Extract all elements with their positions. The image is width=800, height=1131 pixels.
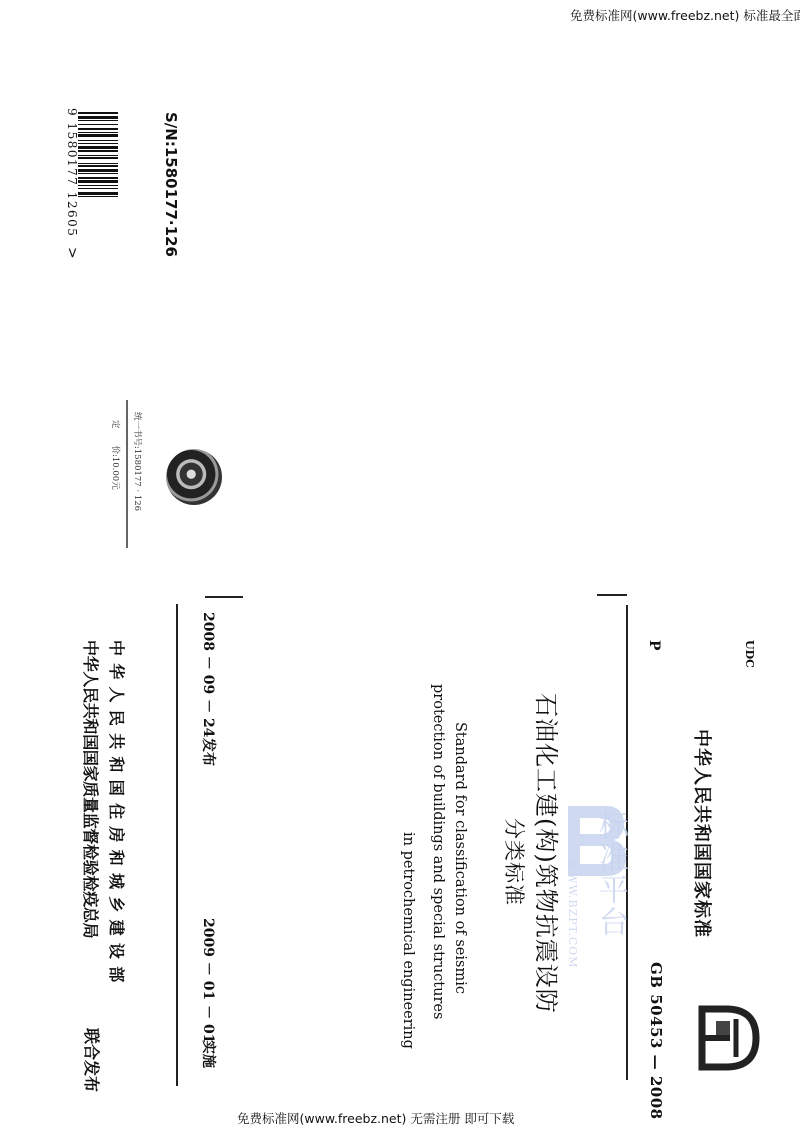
barcode-digits: 9 1580177 12605 xyxy=(65,108,79,237)
bottom-banner: 免费标准网(www.freebz.net) 无需注册 即可下载 xyxy=(237,1109,514,1127)
watermark-url: WWW.BZPT.COM xyxy=(566,860,579,969)
barcode-arrow: > xyxy=(64,247,80,259)
title-cn-line1: 石油化工建(构)筑物抗震设防 xyxy=(531,693,566,1014)
title-cn-line2: 分类标准 xyxy=(500,818,530,906)
title-en-line1: Standard for classification of seismic xyxy=(452,722,468,994)
bracket-left xyxy=(205,596,243,598)
barcode-sn: S/N:1580177·126 xyxy=(162,112,180,257)
effective-date: 2009 － 01 － 01 xyxy=(199,918,219,1043)
watermark-text: 标准平台 xyxy=(588,810,632,938)
price-divider xyxy=(126,400,128,548)
price-label: 定 价:10.00元 xyxy=(110,420,122,490)
issue-date: 2008 － 09 － 24 xyxy=(199,612,219,737)
unified-book-number: 统一书号:1580177 · 126 xyxy=(132,412,144,511)
title-en-line2: protection of buildings and special stru… xyxy=(430,684,446,1019)
standard-type: 中华人民共和国国家标准 xyxy=(690,729,716,938)
bracket-right xyxy=(597,594,627,596)
issue-label: 发布 xyxy=(199,738,219,766)
barcode-bars xyxy=(78,112,118,242)
publisher-seal-icon xyxy=(166,449,222,505)
issuer-aqsiq: 中华人民共和国国家质量监督检验检疫总局 xyxy=(80,640,103,938)
udc-label: UDC xyxy=(743,640,756,668)
gb-logo-icon xyxy=(696,1005,760,1071)
issuer-ministry-housing: 中华人民共和国住房和城乡建设部 xyxy=(106,640,129,990)
joint-release-label: 联合发布 xyxy=(81,1028,104,1092)
left-vertical-rule xyxy=(176,604,178,1086)
effective-label: 实施 xyxy=(199,1040,219,1068)
standard-number: GB 50453 — 2008 xyxy=(647,962,665,1120)
top-banner: 免费标准网(www.freebz.net) 标准最全面 xyxy=(570,6,800,24)
title-en-line3: in petrochemical engineering xyxy=(400,832,416,1049)
classification-code: P xyxy=(646,640,662,651)
